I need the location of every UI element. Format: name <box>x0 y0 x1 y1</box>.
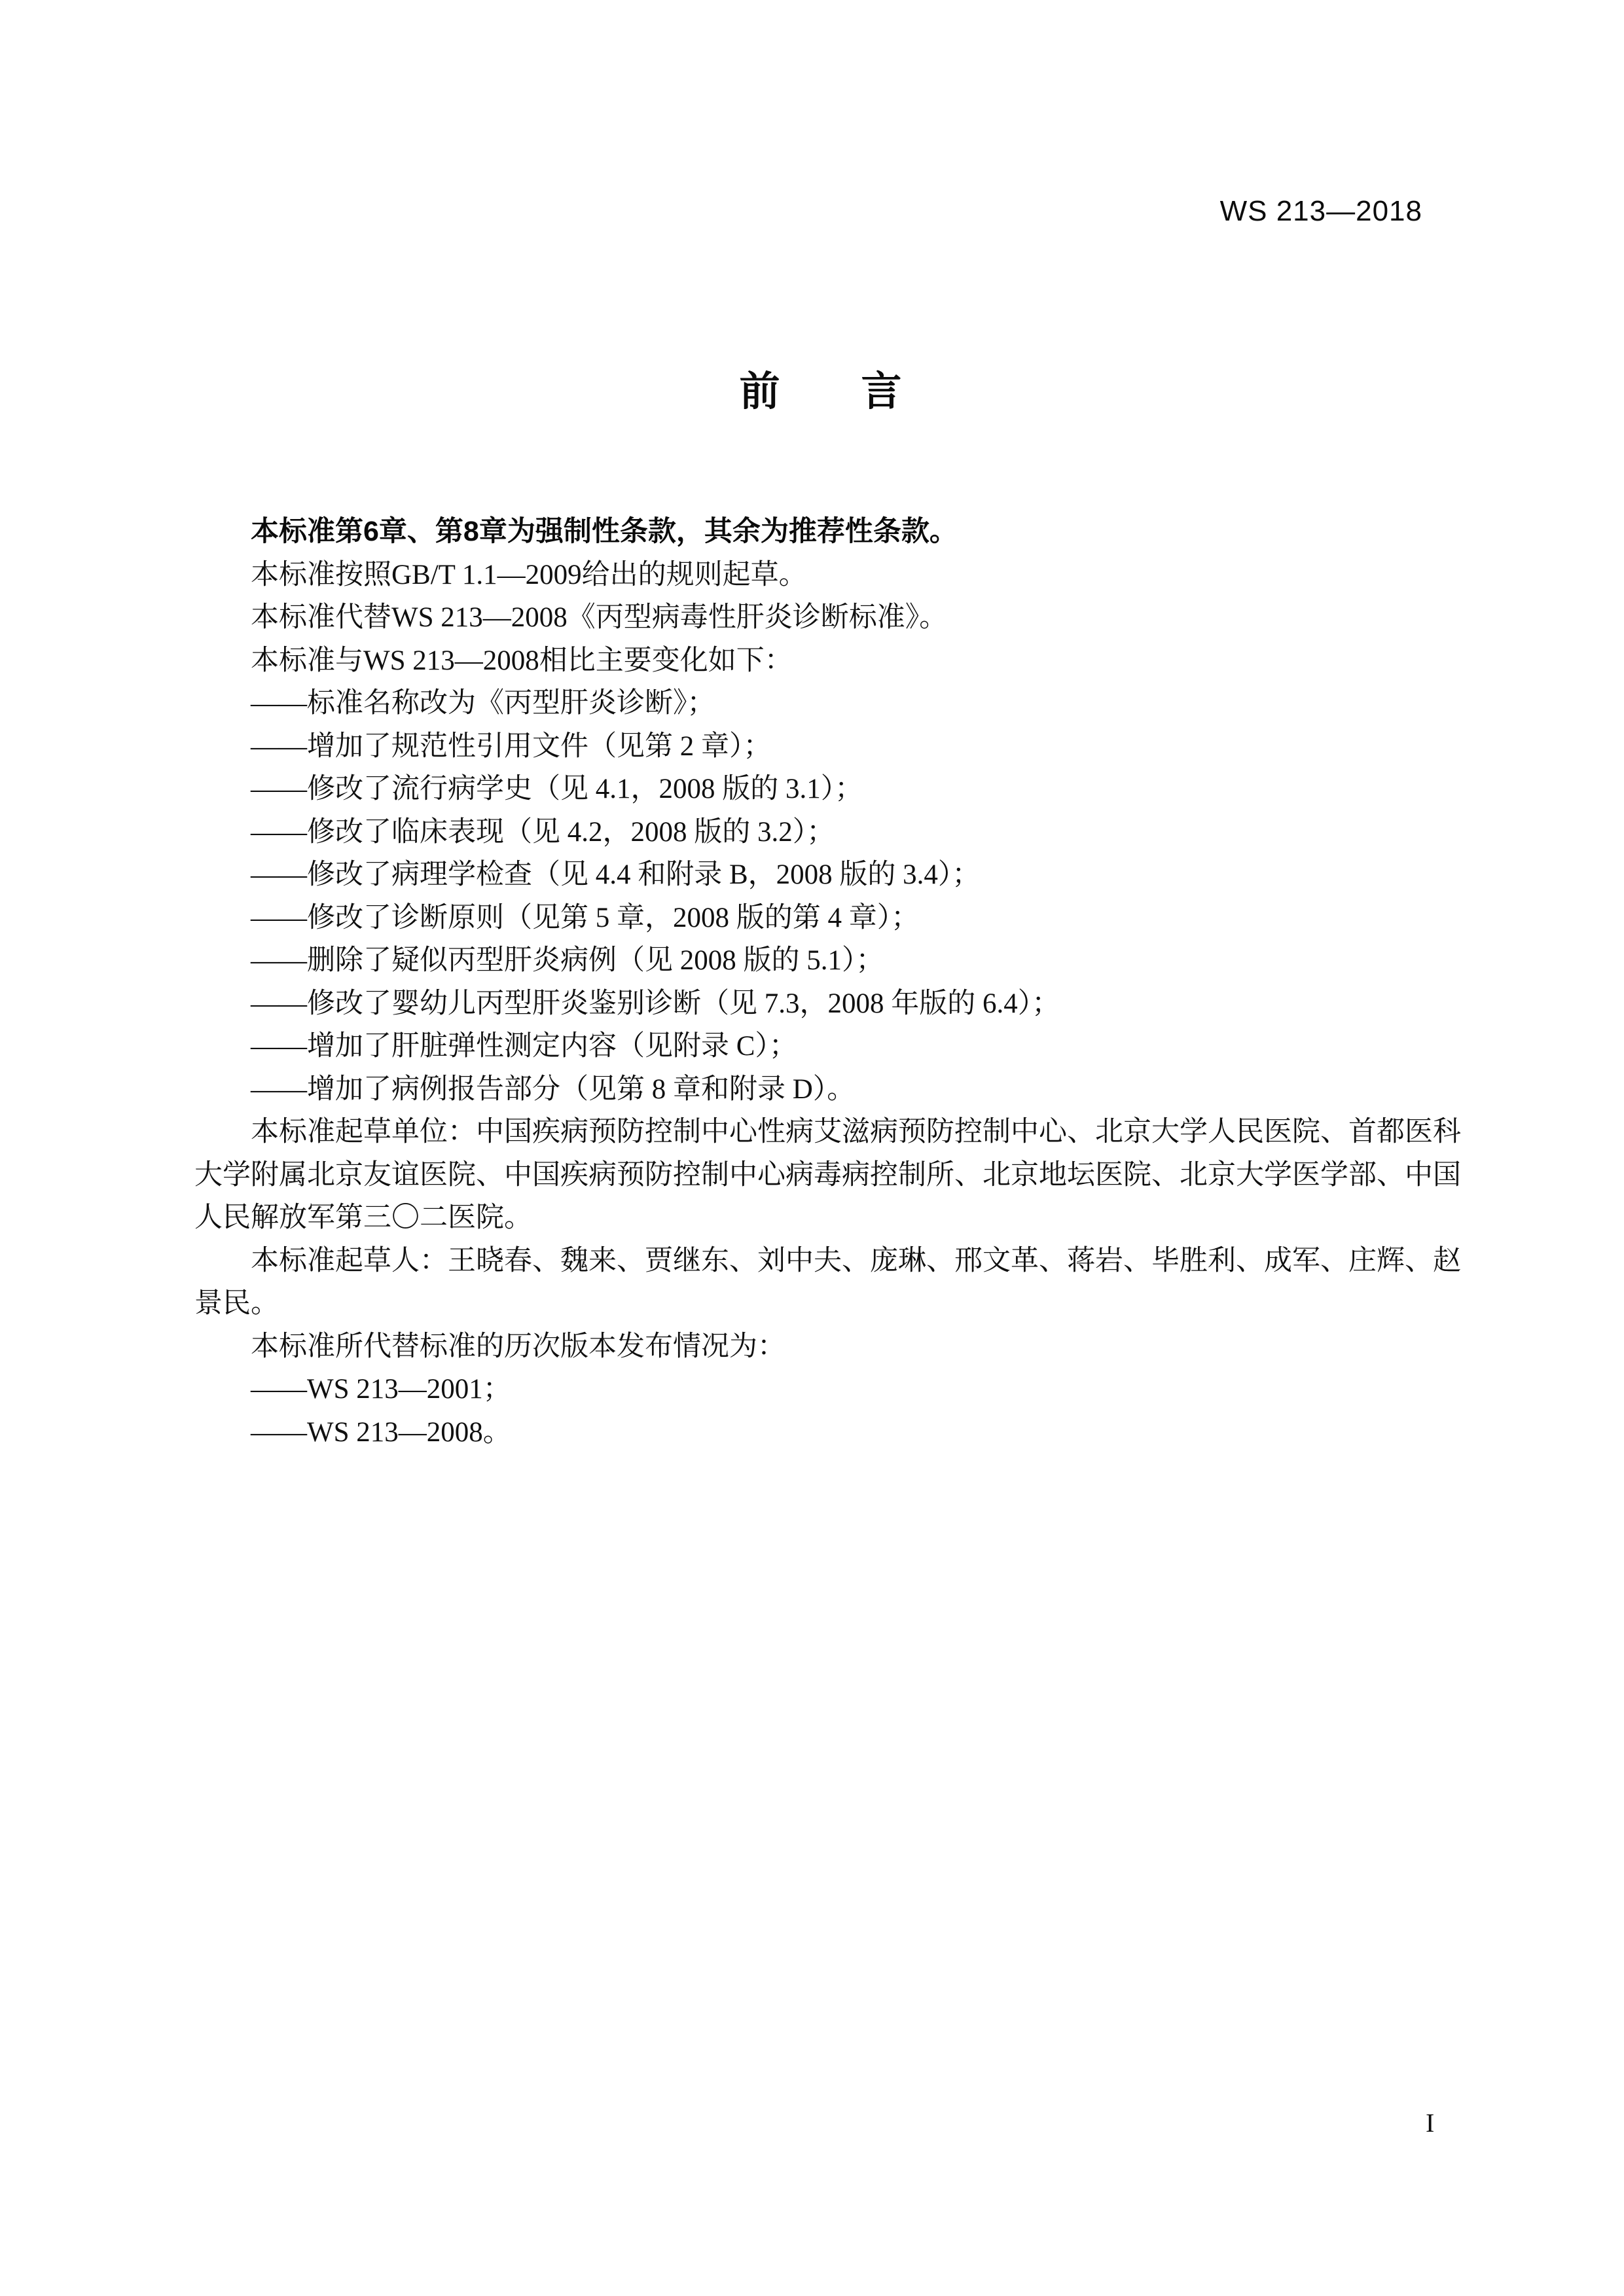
change-item-9: ——增加了肝脏弹性测定内容（见附录 C）； <box>194 1025 1447 1068</box>
history-intro-line: 本标准所代替标准的历次版本发布情况为： <box>194 1325 1447 1369</box>
changes-intro-line: 本标准与WS 213—2008相比主要变化如下： <box>194 639 1447 683</box>
drafting-units-line-2: 大学附属北京友谊医院、中国疾病预防控制中心病毒病控制所、北京地坛医院、北京大学医… <box>194 1154 1447 1197</box>
change-item-1: ——标准名称改为《丙型肝炎诊断》； <box>194 682 1447 725</box>
page-number: I <box>1426 2108 1434 2138</box>
drafters-line-2: 景民。 <box>194 1282 1447 1325</box>
drafting-units-line-3: 人民解放军第三〇二医院。 <box>194 1196 1447 1240</box>
drafting-rule-line: 本标准按照GB/T 1.1—2009给出的规则起草。 <box>194 554 1447 597</box>
page-title: 前 言 <box>194 359 1447 417</box>
drafters-line-1: 本标准起草人：王晓春、魏来、贾继东、刘中夫、庞琳、邢文革、蒋岩、毕胜利、成军、庄… <box>194 1240 1447 1283</box>
change-item-2: ——增加了规范性引用文件（见第 2 章）； <box>194 725 1447 768</box>
replaces-note-line: 本标准代替WS 213—2008《丙型病毒性肝炎诊断标准》。 <box>194 596 1447 639</box>
change-item-6: ——修改了诊断原则（见第 5 章，2008 版的第 4 章）； <box>194 897 1447 940</box>
change-item-7: ——删除了疑似丙型肝炎病例（见 2008 版的 5.1）； <box>194 939 1447 982</box>
foreword-body: 本标准第6章、第8章为强制性条款，其余为推荐性条款。 本标准按照GB/T 1.1… <box>194 511 1447 1454</box>
history-item-2: ——WS 213—2008。 <box>194 1411 1447 1454</box>
mandatory-clause-line: 本标准第6章、第8章为强制性条款，其余为推荐性条款。 <box>194 511 1447 554</box>
history-item-1: ——WS 213—2001； <box>194 1368 1447 1411</box>
drafting-units-line-1: 本标准起草单位：中国疾病预防控制中心性病艾滋病预防控制中心、北京大学人民医院、首… <box>194 1111 1447 1154</box>
change-item-5: ——修改了病理学检查（见 4.4 和附录 B，2008 版的 3.4）； <box>194 853 1447 897</box>
change-item-10: ——增加了病例报告部分（见第 8 章和附录 D）。 <box>194 1068 1447 1111</box>
document-page: WS 213—2018 前 言 本标准第6章、第8章为强制性条款，其余为推荐性条… <box>0 0 1624 2296</box>
change-item-3: ——修改了流行病学史（见 4.1，2008 版的 3.1）； <box>194 768 1447 811</box>
change-item-4: ——修改了临床表现（见 4.2，2008 版的 3.2）； <box>194 811 1447 854</box>
change-item-8: ——修改了婴幼儿丙型肝炎鉴别诊断（见 7.3，2008 年版的 6.4）； <box>194 982 1447 1026</box>
standard-number: WS 213—2018 <box>1220 195 1422 228</box>
